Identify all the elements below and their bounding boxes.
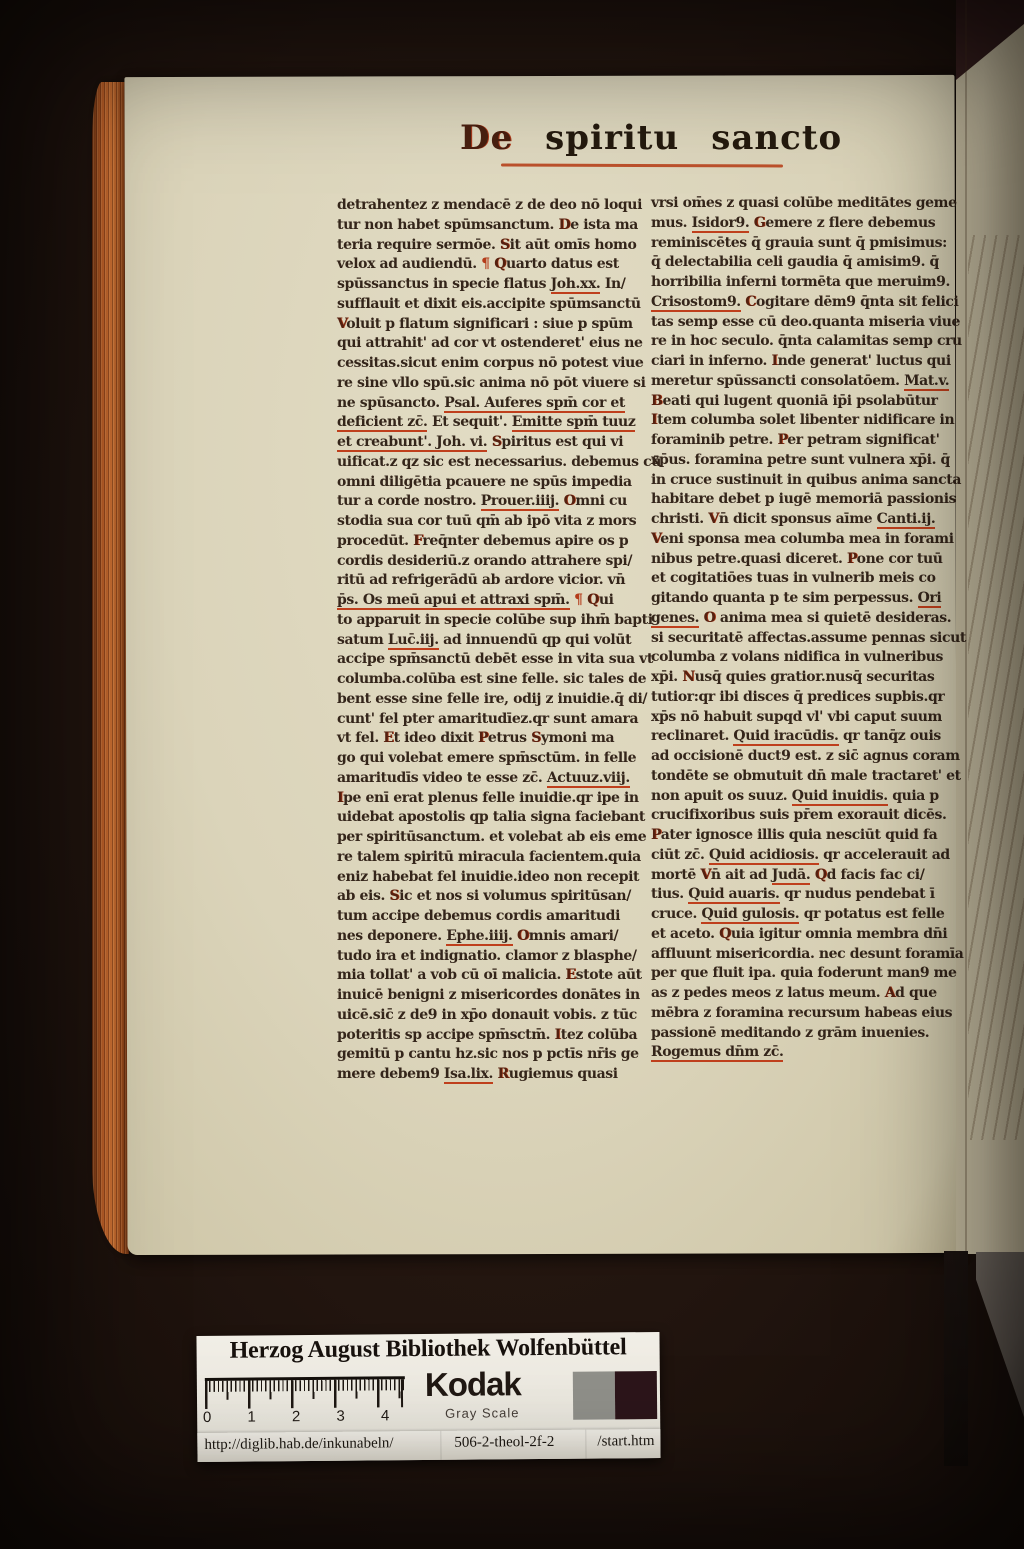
measurement-ruler: 01234 [205,1376,411,1432]
rubric-underlined-citation: Psal. Auferes spm̄ cor et [444,395,625,413]
text-line: vt fel. Et ideo dixit Petrus Symoni ma [337,729,653,749]
text-line: re sine vllo spū.sic anima nō pōt viuere… [337,374,653,394]
ruler-number: 1 [245,1408,259,1425]
page-leaves-texture [92,82,129,1254]
rubricated-capital: Q [719,926,731,942]
text-line: genes. O anima mea si quietē desideras. [651,609,967,629]
text-line: tur non habet spūmsanctum. De ista ma [337,216,653,236]
rubricated-capital: I [555,1027,561,1043]
strip-seam [585,1430,586,1459]
rubricated-capital: I [651,412,657,428]
rubricated-capital: V [337,316,346,332]
rubricated-capital: F [413,533,422,549]
text-line: ritū ad refrigerādū ab ardore vicior. vn… [337,571,653,591]
ruler-number: 3 [334,1408,348,1425]
ruler-number: 4 [378,1407,392,1424]
text-line: cunt' fel pter amaritudīez.qr sunt amara [337,710,653,730]
text-line: ciūt zc̄. Quid acidiosis. qr accelerauit… [651,846,967,866]
gray-scale-label: Gray Scale [445,1405,519,1421]
rubric-underlined-citation: Ori [918,590,942,608]
text-line: tondēte se obmutuit dn̄ male tractaret' … [651,767,967,787]
text-line: re talem spiritū miracula facientem.quia [337,848,653,868]
text-line: xp̄s nō habuit supqd vl' vbi caput suum [651,708,967,728]
text-line: omni diligētia pcauere ne spūs impedia [337,473,653,493]
text-line: uificat.z qz sic est necessarius. debemu… [337,453,653,473]
text-line: uidebat apostolis qp talia signa facieba… [337,808,653,828]
text-line: cordis desideriū.z orando attrahere spi/ [337,552,653,572]
text-line: Pater ignosce illis quia nesciūt quid fa [651,826,967,846]
page-stack-fore-edge [92,82,129,1254]
text-line: q̄ delectabilia celi gaudia q̄ amisim9. … [651,253,967,273]
text-line: affluunt misericordia. nec desunt foramī… [651,945,967,965]
rubricated-capital: A [885,985,895,1001]
rubric-underlined-citation: Prouer.iiij. [481,493,559,511]
text-line: gitando quanta p te sim perpessus. Ori [651,589,967,609]
rubricated-capital: I [771,353,777,369]
gray-scale-patch-light [573,1371,615,1419]
text-line: Item columba solet libenter nidificare i… [651,411,967,431]
text-line: foraminib petre. Per petram significat' [651,431,967,451]
rubric-mark: ¶ [481,256,490,272]
heading-word: sancto [711,121,842,155]
rubric-underlined-citation: et creabunt'. Joh. vi. [337,434,487,452]
rubricated-capital: B [651,393,662,409]
page-heading: Despiritusancto [460,121,842,155]
text-line: tius. Quid auaris. qr nudus pendebat ī [651,885,967,905]
facing-page-text-texture [968,235,1024,1140]
text-line: et cogitatiōes tuas in vulnerib meis co [651,569,967,589]
text-line: reclinaret. Quid iracūdis. qr tanq̄z oui… [651,727,967,747]
text-line: tutior:qr ibi disces q̄ predices supbis.… [651,688,967,708]
text-line: Rogemus dn̄m zc̄. [651,1043,967,1063]
text-line: xp̄us. foramina petre sunt vulnera xp̄i.… [651,451,967,471]
text-line: mēbra z foramina recursum habeas eius [651,1004,967,1024]
rubricated-capital: V [700,867,710,883]
rubricated-capital: S [500,237,510,253]
rubricated-capital: P [478,730,488,746]
text-line: reminiscētes q̄ grauia sunt q̄ pmisimus: [651,234,967,254]
rubric-underlined-citation: Canti.ij. [877,511,936,529]
ruler-number: 2 [289,1408,303,1425]
text-line: qui attrahit' ad cor vt ostenderet' eius… [337,334,653,354]
rubric-underlined-citation: Quid iracūdis. [733,728,838,746]
rubric-mark: ¶ [574,592,583,608]
digitization-url: http://diglib.hab.de/inkunabeln/ [204,1435,393,1454]
text-line: et aceto. Quia igitur omnia membra dn̄i [651,925,967,945]
text-line: procedūt. Freq̄nter debemus apire os p [337,532,653,552]
text-line: amaritudīs video te esse zc̄. Actuuz.vii… [337,769,653,789]
text-line: go qui volebat emere spm̄sctūm. in felle [337,749,653,769]
rubricated-capital: P [778,432,788,448]
rubricated-capital: C [745,294,756,310]
rubric-underlined-citation: genes. [651,610,699,628]
text-line: cessitas.sicut enim corpus nō potest viu… [337,354,653,374]
rubric-underlined-citation: deficient zc̄. [337,414,427,432]
text-line: eniz habebat fel inuidie.ideo non recepi… [337,868,653,888]
text-line: ad occisionē duct9 est. z sic̄ agnus cor… [651,747,967,767]
spine-edge [944,1251,968,1466]
text-line: spūssanctus in specie flatus Joh.xx. In/ [337,275,653,295]
rubric-underlined-citation: Judā. [772,867,811,885]
text-line: cruce. Quid gulosis. qr potatus est fell… [651,905,967,925]
rubric-underlined-citation: Rogemus dn̄m zc̄. [651,1044,783,1062]
ruler-numbers: 01234 [200,1407,392,1426]
rubricated-capital: I [337,790,343,806]
gray-scale-patch-dark [615,1371,657,1419]
text-line: habitare debet p iugē memoriā passionis [651,490,967,510]
text-line: p̄s. Os meū apui et attraxi spm̄. ¶ Qui [337,591,653,611]
text-line: as z pedes meos z latus meum. Ad que [651,984,967,1004]
rubric-underlined-citation: Luc̄.iij. [388,632,439,650]
text-line: columba.colūba est sine felle. sic tales… [337,670,653,690]
text-line: tas semp esse cū deo.quanta miseria viue [651,313,967,333]
text-line: detrahentez z mendacē z de deo nō loqui [337,196,653,216]
text-line: Crisostom9. Cogitare dēm9 q̄nta sit feli… [651,293,967,313]
rubricated-capital: Q [587,592,599,608]
text-line: accipe spm̄sanctū debēt esse in vita sua… [337,650,653,670]
rubricated-capital: D [558,217,570,233]
text-line: non apuit os suuz. Quid inuidis. quia p [651,787,967,807]
rubricated-capital: Q [494,256,506,272]
text-line: deficient zc̄. Et sequit'. Emitte spm̄ t… [337,413,653,433]
text-line: mortē Vn̄ ait ad Judā. Qd facis fac ci/ [651,866,967,886]
rubricated-capital: O [704,610,716,626]
rubricated-capital: P [651,827,661,843]
text-column-left: detrahentez z mendacē z de deo nō loquit… [337,196,653,1085]
text-line: to apparuit in specie colūbe sup ihm̄ ba… [337,611,653,631]
rubricated-capital: E [565,967,575,983]
text-line: uicē.sic̄ z de9 in xp̄o donauit vobis. z… [337,1006,653,1026]
rubricated-capital: V [651,531,660,547]
rubric-underlined-citation: Quid auaris. [688,886,779,904]
rubric-underlined-citation: Quid inuidis. [792,788,888,806]
text-line: stodia sua cor tuū qm̄ ab ipō vita z mor… [337,512,653,532]
table-corner [976,1252,1024,1424]
rubric-underlined-citation: Ephe.iiij. [446,928,512,946]
start-page-path: /start.htm [597,1433,654,1450]
text-line: meretur spūssancti consolatōem. Mat.v. [651,372,967,392]
text-line: christi. Vn̄ dicit sponsus aīme Canti.ij… [651,510,967,530]
ruler-end-line [401,1379,403,1407]
rubricated-capital: Q [815,867,827,883]
text-line: horribilia inferni tormēta que meruim9. [651,273,967,293]
rubric-underlined-citation: Actuuz.viij. [547,770,630,788]
rubricated-capital: P [847,551,857,567]
rubric-underlined-citation: Isa.lix. [444,1066,493,1084]
rubricated-capital: R [497,1066,508,1082]
text-line: inuicē benigni z misericordes donātes in [337,986,653,1006]
text-line: satum Luc̄.iij. ad innuendū qp qui volūt [337,631,653,651]
text-line: mia tollat' a vob cū oī malicia. Estote … [337,966,653,986]
rubric-underlined-citation: Emitte spm̄ tuuz [512,414,636,432]
text-line: tudo ira et indignatio. clamor z blasphe… [337,947,653,967]
heading-word: De [460,121,513,155]
kodak-brand: Kodak [425,1365,521,1404]
text-line: velox ad audiendū. ¶ Quarto datus est [337,255,653,275]
text-line: xp̄i. Nusq̄ quies gratior.nusq̄ securita… [651,668,967,688]
text-line: re in hoc seculo. q̄nta calamitas semp c… [651,332,967,352]
text-line: Voluit p flatum significari : siue p spū… [337,315,653,335]
rubric-underlined-citation: Quid gulosis. [701,906,799,924]
rubric-underlined-citation: Mat.v. [904,373,949,391]
rubric-underlined-citation: Crisostom9. [651,294,741,312]
label-bottom-strip: http://diglib.hab.de/inkunabeln/ 506-2-t… [197,1429,660,1462]
ruler-ticks [205,1379,405,1409]
rubric-underlined-citation: p̄s. Os meū apui et attraxi spm̄. [337,592,570,610]
rubricated-capital: S [389,888,399,904]
rubric-underlined-citation: Quid acidiosis. [709,847,819,865]
text-line: Veni sponsa mea columba mea in forami [651,530,967,550]
rubric-underlined-citation: Isidor9. [692,215,750,233]
rubricated-capital: V [708,511,718,527]
rubricated-capital: G [754,215,766,231]
rubricated-capital: S [492,434,502,450]
text-column-right: vrsi om̄es z quasi colūbe meditātes geme… [651,194,967,1063]
text-line: crucifixoribus suis pr̄em exorauit dicēs… [651,806,967,826]
text-line: gemitū p cantu hz.sic nos p pctīs nr̄is … [337,1045,653,1065]
heading-word: spiritu [545,121,679,155]
text-line: et creabunt'. Joh. vi. Spiritus est qui … [337,433,653,453]
text-line: Ipe enī erat plenus felle inuidie.qr ipe… [337,789,653,809]
text-line: ne spūsancto. Psal. Auferes spm̄ cor et [337,394,653,414]
text-line: si securitatē affectas.assume pennas sic… [651,629,967,649]
text-line: passionē meditando z grām inuenies. [651,1024,967,1044]
text-line: per spiritūsanctum. et volebat ab eis em… [337,828,653,848]
rubricated-capital: S [531,730,541,746]
text-line: tum accipe debemus cordis amaritudi [337,907,653,927]
text-line: nes deponere. Ephe.iiij. Omnis amari/ [337,927,653,947]
strip-seam [440,1431,441,1460]
text-line: vrsi om̄es z quasi colūbe meditātes geme [651,194,967,214]
text-line: mus. Isidor9. Gemere z flere debemus [651,214,967,234]
rubricated-capital: O [564,493,576,509]
rubricated-capital: E [383,730,393,746]
library-label-card: Herzog August Bibliothek Wolfenbüttel 01… [196,1332,660,1462]
text-line: sufflauit et dixit eis.accipite spūmsanc… [337,295,653,315]
text-line: Beati qui lugent quoniā ip̄i psolabūtur [651,392,967,412]
ruler-number: 0 [200,1409,214,1426]
text-line: teria require sermōe. Sit aūt omīs homo [337,236,653,256]
text-line: tur a corde nostro. Prouer.iiij. Omni cu [337,492,653,512]
rubric-underlined-citation: Joh.xx. [551,276,601,294]
text-line: mere debem9 Isa.lix. Rugiemus quasi [337,1065,653,1085]
text-line: poteritis sp accipe spm̄sctm̄. Itez colū… [337,1026,653,1046]
text-line: columba z volans nidifica in vulneribus [651,648,967,668]
text-line: ab eis. Sic et nos si volumus spiritūsan… [337,887,653,907]
text-line: nibus petre.quasi diceret. Pone cor tuū [651,550,967,570]
text-line: per que fluit ipa. quia foderunt man9 me [651,964,967,984]
shelfmark: 506-2-theol-2f-2 [454,1434,554,1452]
rubricated-capital: O [517,928,529,944]
text-line: ciari in inferno. Inde generat' luctus q… [651,352,967,372]
book-photograph: Despiritusancto detrahentez z mendacē z … [0,0,1024,1549]
text-line: bent esse sine felle ire, odij z inuidie… [337,690,653,710]
text-line: in cruce sustinuit in quibus anima sanct… [651,471,967,491]
rubricated-capital: N [682,669,694,685]
institution-name: Herzog August Bibliothek Wolfenbüttel [196,1334,659,1365]
